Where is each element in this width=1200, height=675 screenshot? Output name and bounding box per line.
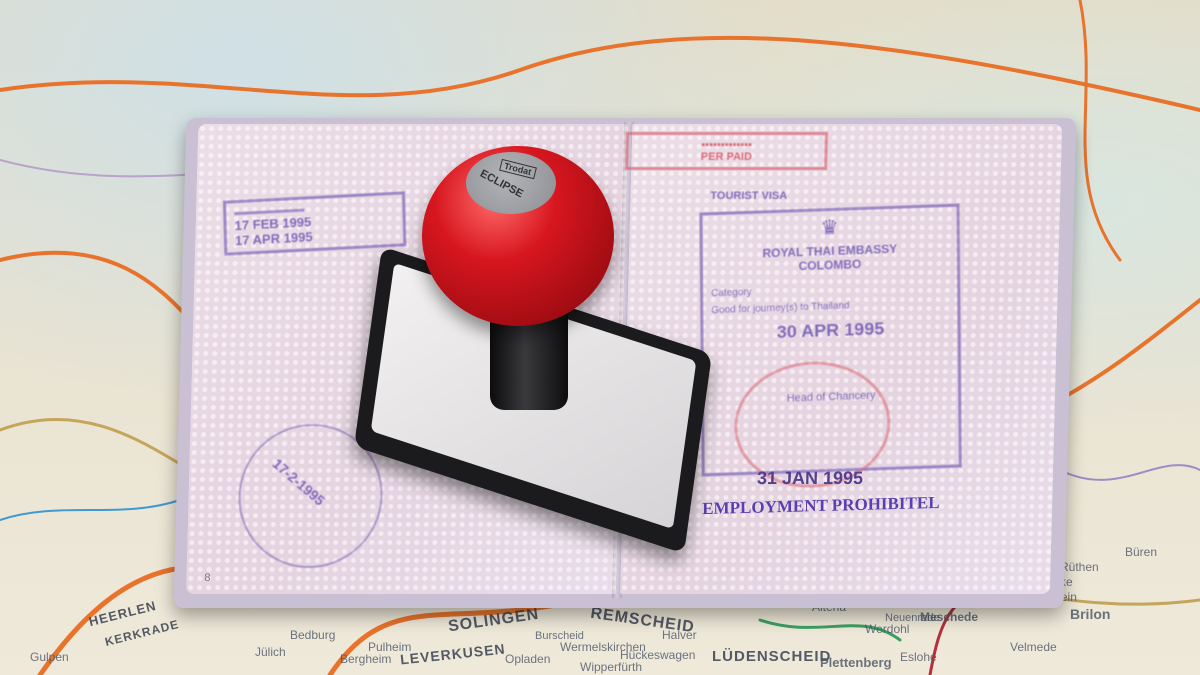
map-label-opladen: Opladen bbox=[505, 652, 550, 666]
map-label-halver: Halver bbox=[662, 628, 697, 642]
garuda-emblem-icon: ♛ bbox=[710, 211, 948, 244]
fee-stamp-thai-text: ▪▪▪▪▪▪▪▪▪▪▪▪▪ bbox=[637, 139, 817, 151]
fee-paid-stamp: ▪▪▪▪▪▪▪▪▪▪▪▪▪ PER PAID bbox=[625, 132, 828, 170]
thai-visa-stamp: ♛ ROYAL THAI EMBASSY COLOMBO Category Go… bbox=[699, 204, 961, 477]
map-label-bergheim: Bergheim bbox=[340, 652, 391, 666]
employment-prohibited-stamp: EMPLOYMENT PROHIBITEL bbox=[702, 493, 939, 519]
entry-stamp: ▬▬▬▬▬▬▬ 17 FEB 1995 17 APR 1995 bbox=[223, 191, 406, 255]
map-label-ludenscheid: LÜDENSCHEID bbox=[712, 648, 831, 665]
map-label-gulpen: Gulpen bbox=[30, 650, 69, 664]
visa-header: TOURIST VISA bbox=[710, 190, 787, 202]
visa-category: Category bbox=[711, 280, 949, 299]
map-label-neuenrade: Neuenrade bbox=[885, 612, 939, 624]
visa-validity: Good for journey(s) to Thailand bbox=[711, 297, 949, 316]
map-label-bedburg: Bedburg bbox=[290, 628, 335, 642]
map-label-werdohl: Werdohl bbox=[865, 622, 909, 636]
map-label-juelich: Jülich bbox=[255, 645, 286, 659]
map-label-brilon: Brilon bbox=[1070, 606, 1110, 622]
map-label-eslohe: Eslohe bbox=[900, 650, 937, 664]
map-label-velmede: Velmede bbox=[1010, 640, 1057, 654]
map-label-pulheim: Pulheim bbox=[368, 640, 411, 654]
page-number: 8 bbox=[204, 572, 210, 584]
map-label-bueren: Büren bbox=[1125, 545, 1157, 559]
fee-stamp-label: PER PAID bbox=[636, 151, 816, 163]
map-label-ruethen: Rüthen bbox=[1060, 560, 1099, 574]
visa-issue-date: 31 JAN 1995 bbox=[757, 468, 864, 489]
map-label-plettenberg: Plettenberg bbox=[820, 655, 892, 670]
round-stamp-date: 17-2-1995 bbox=[270, 455, 328, 508]
map-label-wipperfuerth: Wipperfürth bbox=[580, 660, 642, 674]
visa-valid-date: 30 APR 1995 bbox=[711, 316, 949, 345]
map-label-burscheid: Burscheid bbox=[535, 630, 584, 642]
